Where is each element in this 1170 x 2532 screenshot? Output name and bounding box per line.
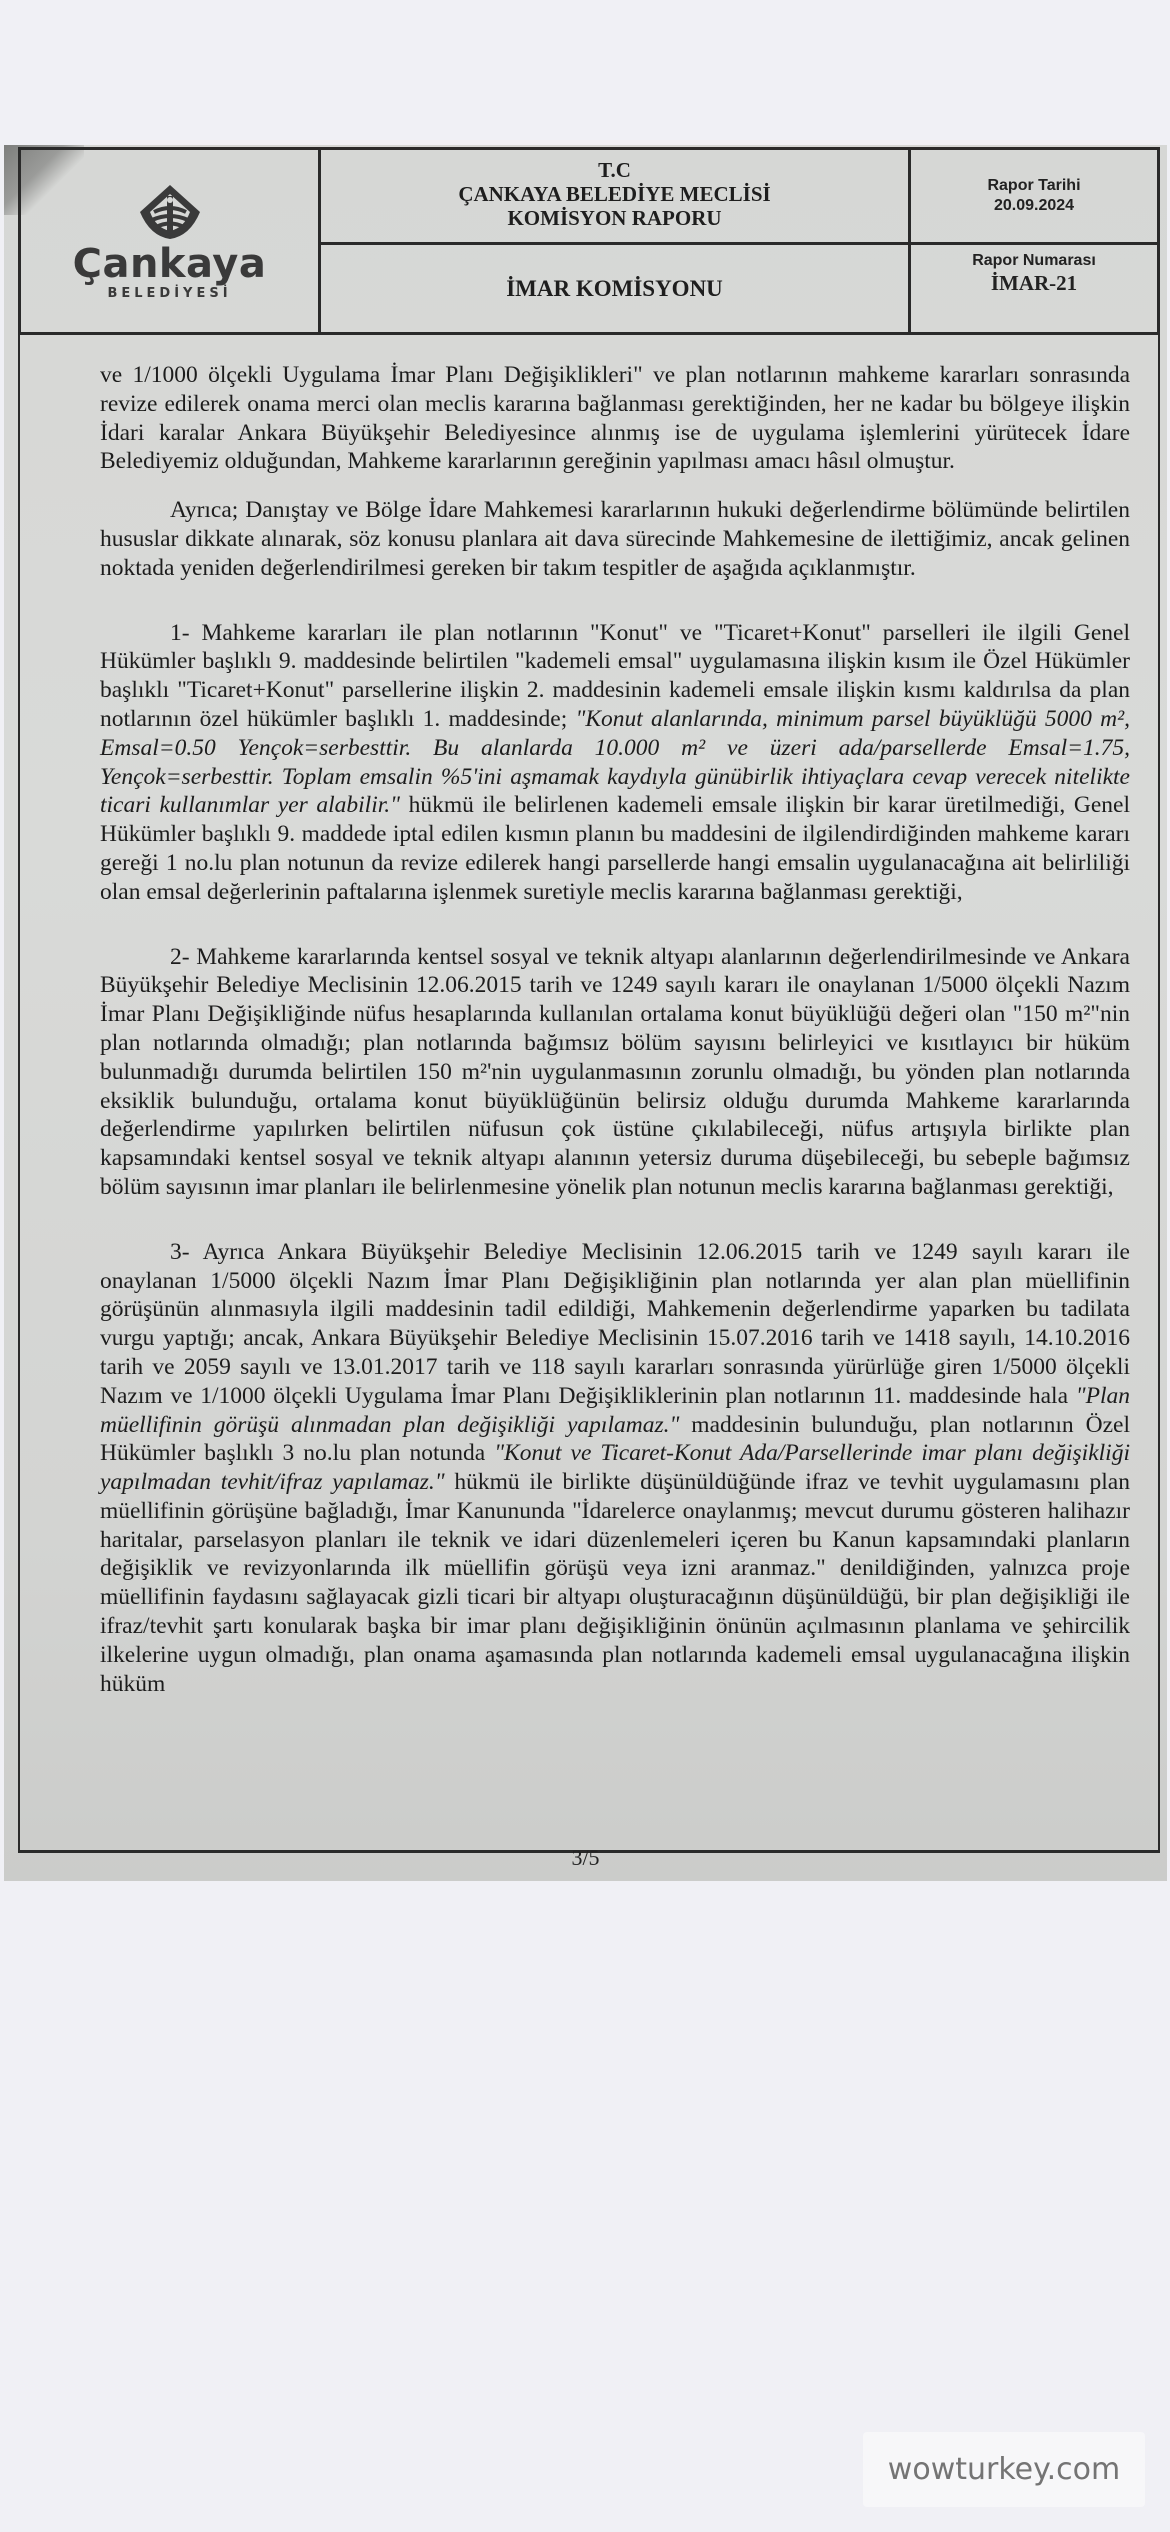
logo-cell: Çankaya BELEDİYESİ <box>21 150 321 332</box>
logo-name: Çankaya <box>73 244 267 284</box>
title-cell: T.C ÇANKAYA BELEDİYE MECLİSİ KOMİSYON RA… <box>321 150 911 245</box>
report-number-value: İMAR-21 <box>911 271 1157 295</box>
report-header-table: Çankaya BELEDİYESİ T.C ÇANKAYA BELEDİYE … <box>18 147 1160 335</box>
paragraph-item-1: 1- Mahkeme kararları ile plan notlarının… <box>100 619 1130 907</box>
paragraph-ayrica: Ayrıca; Danıştay ve Bölge İdare Mahkemes… <box>100 496 1130 582</box>
title-line-tc: T.C <box>321 158 908 182</box>
report-body-frame: ve 1/1000 ölçekli Uygulama İmar Planı De… <box>18 333 1160 1853</box>
paragraph-intro: ve 1/1000 ölçekli Uygulama İmar Planı De… <box>100 361 1130 476</box>
title-line-council: ÇANKAYA BELEDİYE MECLİSİ <box>321 182 908 206</box>
cankaya-leaf-logo-icon <box>134 182 206 242</box>
watermark-label: wowturkey.com <box>863 2432 1145 2507</box>
report-body-text: ve 1/1000 ölçekli Uygulama İmar Planı De… <box>100 361 1130 1734</box>
report-date-cell: Rapor Tarihi 20.09.2024 <box>911 150 1157 245</box>
report-number-cell: Rapor Numarası İMAR-21 <box>911 245 1157 332</box>
report-number-label: Rapor Numarası <box>911 251 1157 271</box>
item-3-text-c: hükmü ile birlikte düşünüldüğünde ifraz … <box>100 1469 1130 1697</box>
paragraph-item-3: 3- Ayrıca Ankara Büyükşehir Belediye Mec… <box>100 1238 1130 1699</box>
logo-subtitle: BELEDİYESİ <box>107 286 231 301</box>
item-3-text-a: 3- Ayrıca Ankara Büyükşehir Belediye Mec… <box>100 1239 1130 1409</box>
report-date-label: Rapor Tarihi <box>911 176 1157 196</box>
document-photo: Çankaya BELEDİYESİ T.C ÇANKAYA BELEDİYE … <box>4 145 1167 1881</box>
paragraph-item-2: 2- Mahkeme kararlarında kentsel sosyal v… <box>100 943 1130 1202</box>
title-line-report: KOMİSYON RAPORU <box>321 206 908 230</box>
committee-name: İMAR KOMİSYONU <box>321 245 911 332</box>
report-date-value: 20.09.2024 <box>911 196 1157 216</box>
page-number: 3/5 <box>4 1845 1167 1871</box>
